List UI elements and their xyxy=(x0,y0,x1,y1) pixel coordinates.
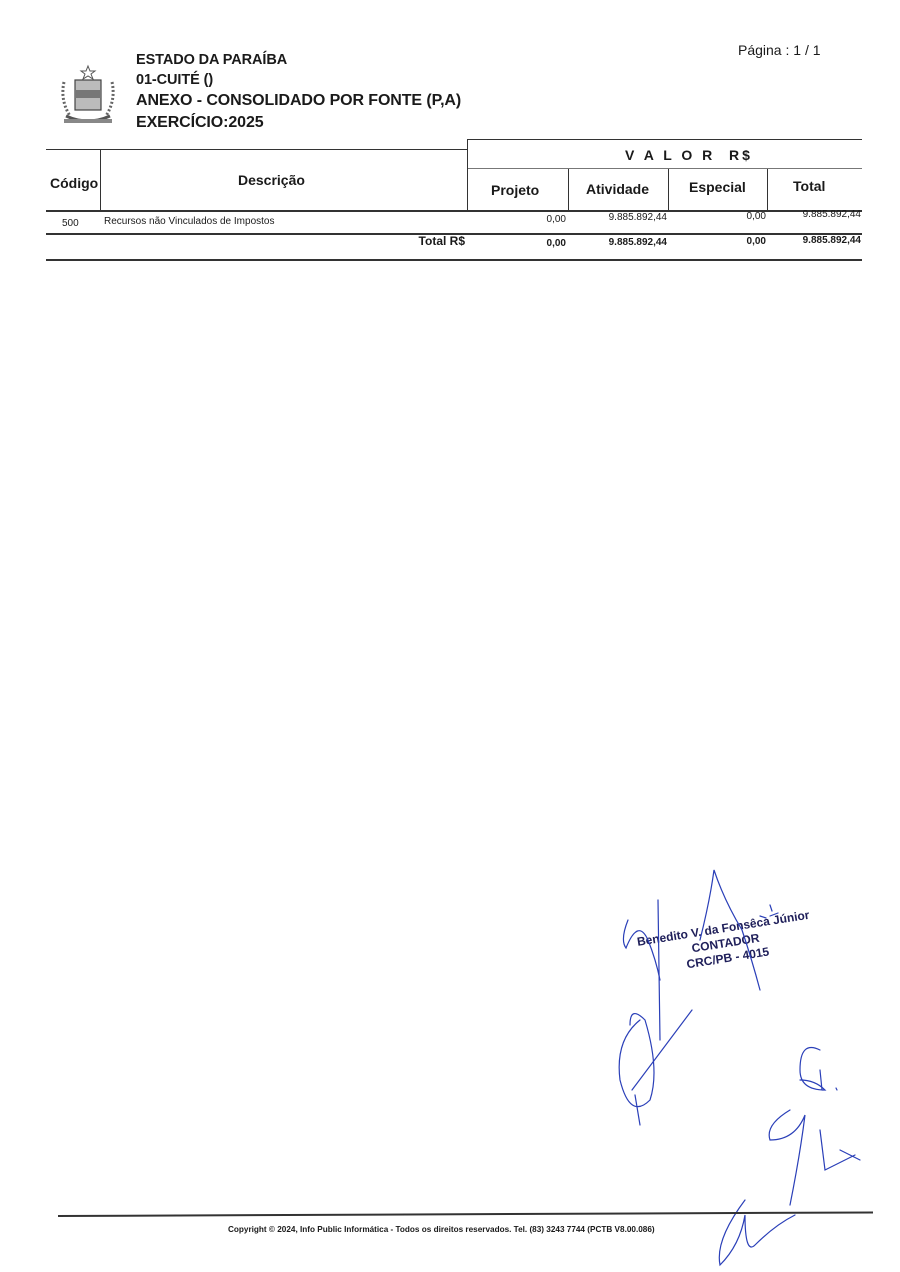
report-header: ESTADO DA PARAÍBA 01-CUITÉ () ANEXO - CO… xyxy=(136,50,461,134)
report-title: ANEXO - CONSOLIDADO POR FONTE (P,A) xyxy=(136,90,461,112)
col-header-total: Total xyxy=(793,178,825,194)
table-top-rule xyxy=(467,139,862,140)
row-description: Recursos não Vinculados de Impostos xyxy=(104,216,274,227)
totals-project: 0,00 xyxy=(547,238,566,249)
page-number: Página : 1 / 1 xyxy=(738,42,821,58)
col-divider xyxy=(100,149,101,210)
totals-label: Total R$ xyxy=(419,234,465,248)
row-special: 0,00 xyxy=(747,211,766,222)
totals-special: 0,00 xyxy=(747,236,766,247)
exercise-year: EXERCÍCIO:2025 xyxy=(136,112,461,134)
col-header-activity: Atividade xyxy=(586,181,649,197)
footer-rule xyxy=(58,1211,873,1216)
col-header-value-group: V A L O R R$ xyxy=(625,147,753,163)
footer-copyright: Copyright © 2024, Info Public Informátic… xyxy=(228,1225,655,1234)
table-top-rule-left xyxy=(46,149,467,150)
value-group-rule xyxy=(467,168,862,169)
col-divider xyxy=(767,169,768,210)
state-name: ESTADO DA PARAÍBA xyxy=(136,50,461,70)
col-header-description: Descrição xyxy=(238,172,305,188)
totals-total: 9.885.892,44 xyxy=(803,235,861,246)
handwritten-signatures-icon xyxy=(0,0,900,1272)
totals-bottom-rule xyxy=(46,259,862,261)
row-activity: 9.885.892,44 xyxy=(609,212,667,223)
entity-name: 01-CUITÉ () xyxy=(136,70,461,90)
header-bottom-rule xyxy=(46,210,862,212)
col-header-code: Código xyxy=(50,175,98,191)
row-code: 500 xyxy=(62,218,79,229)
signature-stamp: Benedito V. da Fonsêca Júnior CONTADOR C… xyxy=(636,908,815,980)
col-divider xyxy=(568,169,569,210)
col-divider xyxy=(668,169,669,210)
col-header-project: Projeto xyxy=(491,182,539,198)
totals-activity: 9.885.892,44 xyxy=(609,237,667,248)
row-total: 9.885.892,44 xyxy=(803,209,861,220)
row-project: 0,00 xyxy=(547,214,566,225)
coat-of-arms-icon xyxy=(58,64,118,126)
col-header-special: Especial xyxy=(689,179,746,195)
col-divider xyxy=(467,139,468,210)
